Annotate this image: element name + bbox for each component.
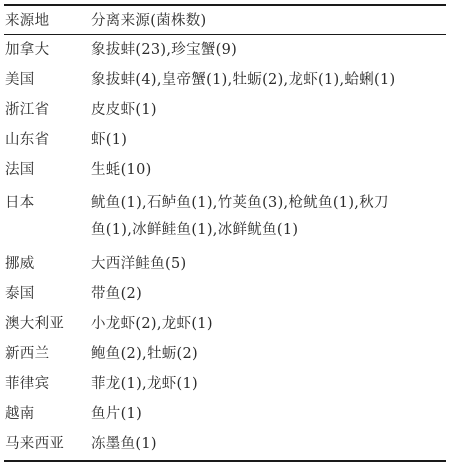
row-origin: 浙江省 [5, 97, 49, 124]
row-origin: 澳大利亚 [5, 311, 64, 338]
row-sources-line2: 鱼(1),冰鲜鲑鱼(1),冰鲜鱿鱼(1) [91, 217, 298, 244]
row-sources-line1: 鱿鱼(1),石鲈鱼(1),竹荚鱼(3),枪鱿鱼(1),秋刀 [91, 190, 389, 217]
row-sources: 冻墨鱼(1) [91, 431, 157, 458]
row-sources: 皮皮虾(1) [91, 97, 157, 124]
row-origin: 马来西亚 [5, 431, 64, 458]
row-origin: 新西兰 [5, 341, 49, 368]
bottom-rule [4, 460, 446, 462]
row-sources: 虾(1) [91, 127, 127, 154]
row-origin: 加拿大 [5, 37, 49, 64]
row-origin: 法国 [5, 157, 35, 184]
row-origin: 美国 [5, 67, 35, 94]
top-rule [4, 4, 446, 6]
row-sources: 菲龙(1),龙虾(1) [91, 371, 198, 398]
row-sources: 带鱼(2) [91, 281, 142, 308]
row-origin: 菲律宾 [5, 371, 49, 398]
row-sources: 鲍鱼(2),牡蛎(2) [91, 341, 198, 368]
row-origin: 越南 [5, 401, 35, 428]
row-origin: 泰国 [5, 281, 35, 308]
row-sources: 鱼片(1) [91, 401, 142, 428]
row-sources: 象拔蚌(23),珍宝蟹(9) [91, 37, 237, 64]
row-sources: 小龙虾(2),龙虾(1) [91, 311, 213, 338]
row-origin: 山东省 [5, 127, 49, 154]
header-origin: 来源地 [5, 8, 49, 35]
header-sources: 分离来源(菌株数) [91, 8, 207, 35]
header-rule [4, 34, 446, 35]
row-origin: 日本 [5, 190, 35, 217]
row-sources: 象拔蚌(4),皇帝蟹(1),牡蛎(2),龙虾(1),蛤蜊(1) [91, 67, 395, 94]
row-sources: 大西洋鲑鱼(5) [91, 251, 186, 278]
row-origin: 挪威 [5, 251, 35, 278]
row-sources: 生蚝(10) [91, 157, 152, 184]
